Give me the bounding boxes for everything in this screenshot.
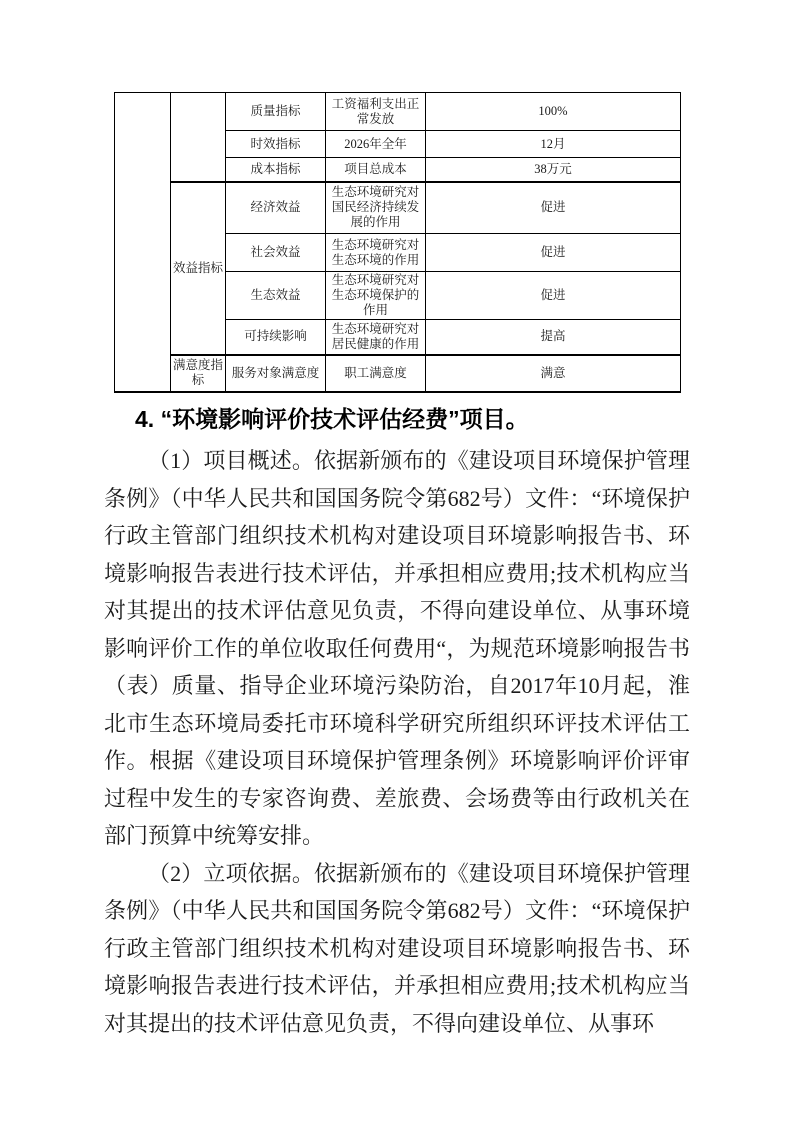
performance-indicator-table: 质量指标 工资福利支出正常发放 100% 时效指标 2026年全年 12月 成本…: [114, 92, 681, 393]
table-cell-indicator: 经济效益: [226, 182, 326, 234]
table-cell-description: 2026年全年: [326, 131, 426, 158]
table-cell-value: 100%: [426, 93, 681, 131]
body-text-block: 4. “环境影响评价技术评估经费”项目。 （1）项目概述。依据新颁布的《建设项目…: [104, 396, 690, 1042]
table-cell-value: 促进: [426, 272, 681, 320]
table-cell-indicator: 服务对象满意度: [226, 355, 326, 392]
paragraph-project-overview: （1）项目概述。依据新颁布的《建设项目环境保护管理条例》（中华人民共和国国务院令…: [104, 442, 690, 855]
table-cell-indicator: 生态效益: [226, 272, 326, 320]
table-cell-value: 满意: [426, 355, 681, 392]
table-cell-description: 生态环境研究对国民经济持续发展的作用: [326, 182, 426, 234]
table-cell-indicator: 可持续影响: [226, 320, 326, 355]
table-cell-description: 职工满意度: [326, 355, 426, 392]
table-row: 质量指标 工资福利支出正常发放 100%: [115, 93, 681, 131]
paragraph-project-basis: （2）立项依据。依据新颁布的《建设项目环境保护管理条例》（中华人民共和国国务院令…: [104, 855, 690, 1043]
table-cell-description: 项目总成本: [326, 158, 426, 182]
table-cell-indicator: 时效指标: [226, 131, 326, 158]
table-cell-value: 促进: [426, 234, 681, 272]
table-cell-value: 12月: [426, 131, 681, 158]
table-row: 效益指标 经济效益 生态环境研究对国民经济持续发展的作用 促进: [115, 182, 681, 234]
table-cell-description: 生态环境研究对生态环境保护的作用: [326, 272, 426, 320]
table-cell-value: 提高: [426, 320, 681, 355]
table-cell-group-benefit: 效益指标: [171, 182, 226, 355]
table-cell-group-blank: [171, 93, 226, 182]
table-cell-indicator: 社会效益: [226, 234, 326, 272]
table-cell-indicator: 成本指标: [226, 158, 326, 182]
table-cell-group-satisfaction: 满意度指标: [171, 355, 226, 392]
document-page: 质量指标 工资福利支出正常发放 100% 时效指标 2026年全年 12月 成本…: [0, 0, 793, 1122]
table-cell-description: 生态环境研究对居民健康的作用: [326, 320, 426, 355]
table-cell-category-spanner: [115, 93, 171, 392]
table-cell-value: 促进: [426, 182, 681, 234]
table-cell-indicator: 质量指标: [226, 93, 326, 131]
table-cell-description: 工资福利支出正常发放: [326, 93, 426, 131]
table-cell-value: 38万元: [426, 158, 681, 182]
table-cell-description: 生态环境研究对生态环境的作用: [326, 234, 426, 272]
table-row: 满意度指标 服务对象满意度 职工满意度 满意: [115, 355, 681, 392]
section-heading: 4. “环境影响评价技术评估经费”项目。: [104, 396, 690, 442]
